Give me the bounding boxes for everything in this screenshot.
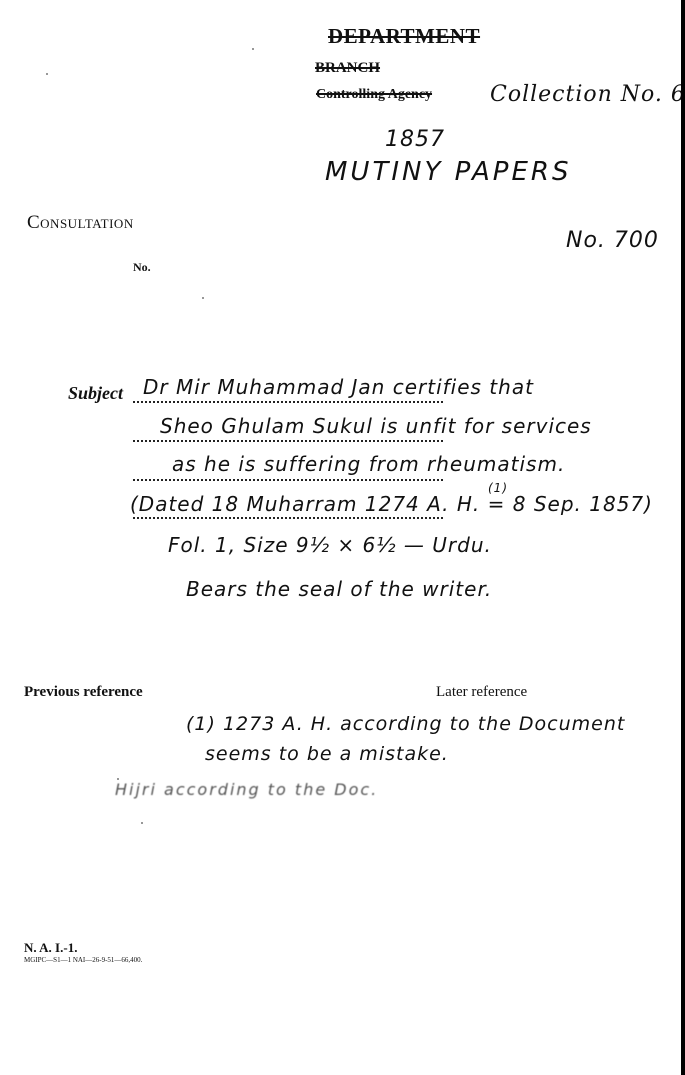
- scan-speck: [252, 48, 254, 50]
- subject-line: (Dated 18 Muharram 1274 A. H. = 8 Sep. 1…: [130, 492, 653, 516]
- dotted-rule: [133, 401, 443, 403]
- series-title: MUTINY PAPERS: [325, 157, 571, 187]
- subject-line: as he is suffering from rheumatism.: [172, 452, 565, 476]
- page-edge-border: [681, 0, 685, 1075]
- subject-line: Fol. 1, Size 9½ × 6½ — Urdu.: [168, 533, 492, 557]
- dotted-rule: [133, 517, 443, 519]
- form-code: N. A. I.-1.: [24, 940, 77, 956]
- department-label: DEPARTMENT: [328, 24, 480, 49]
- scan-speck: [117, 778, 119, 780]
- scan-speck: [46, 73, 48, 75]
- subject-line: Bears the seal of the writer.: [186, 577, 492, 601]
- branch-label: BRANCH: [315, 60, 380, 77]
- subject-label: Subject: [68, 383, 123, 404]
- previous-reference-label: Previous reference: [24, 684, 143, 701]
- consultation-no-label: No.: [133, 260, 151, 275]
- reference-note: (1) 1273 A. H. according to the Document: [186, 713, 625, 735]
- year-note: 1857: [385, 127, 445, 152]
- reference-note: seems to be a mistake.: [205, 743, 449, 765]
- consultation-label: Consultation: [27, 212, 134, 234]
- scan-speck: [202, 297, 204, 299]
- print-line: MGIPC—S1—1 NAI—26-9-51—66,400.: [24, 956, 142, 964]
- subject-line: Sheo Ghulam Sukul is unfit for services: [160, 414, 592, 438]
- dotted-rule: [133, 440, 443, 442]
- subject-line: Dr Mir Muhammad Jan certifies that: [143, 375, 534, 399]
- controlling-agency-label: Controlling Agency: [316, 87, 432, 103]
- reference-note-faded: Hijri according to the Doc.: [115, 780, 378, 799]
- scan-speck: [141, 822, 143, 824]
- file-number: No. 700: [566, 228, 659, 253]
- collection-note: Collection No. 60: [490, 82, 685, 107]
- dotted-rule: [133, 479, 443, 481]
- later-reference-label: Later reference: [436, 684, 527, 701]
